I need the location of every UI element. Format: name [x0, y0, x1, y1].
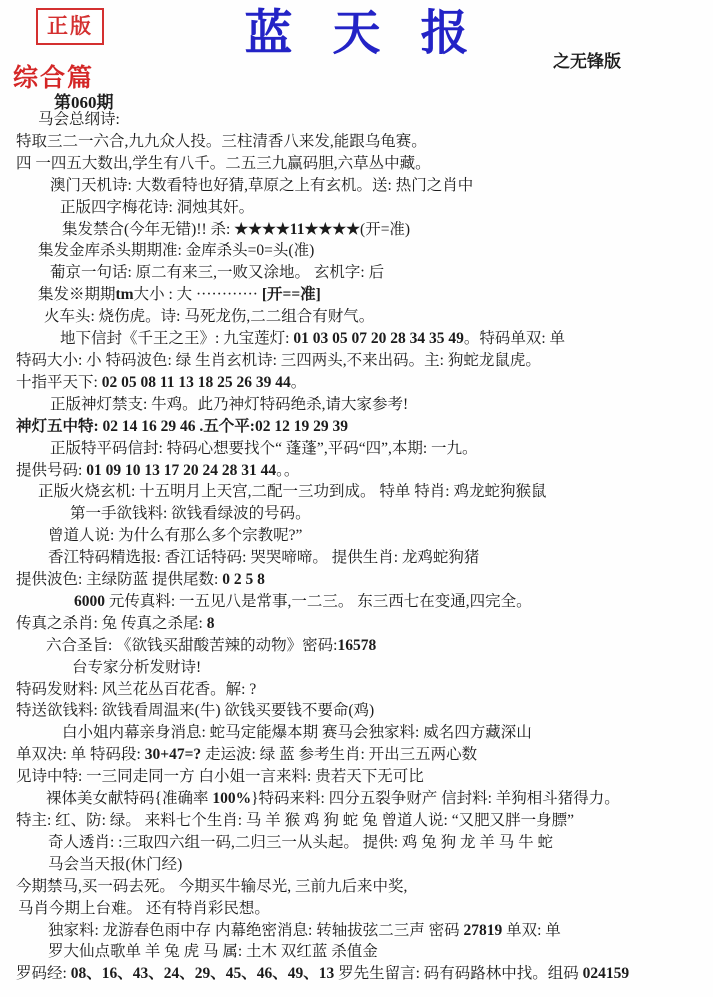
doc-text-segment: 罗大仙点歌单 羊 兔 虎 马 属: 土木 双红蓝 杀值金 — [48, 943, 378, 960]
doc-text-segment: 正版四字梅花诗: 洞烛其奸。 — [60, 199, 254, 216]
doc-text-segment: 元传真料: 一五见八是常事,一二三。 东三西七在变通,四完全。 — [105, 593, 532, 610]
doc-line-24: 传真之杀肖: 兔 传真之杀尾: 8 — [0, 613, 713, 635]
doc-text-segment: 01 09 10 13 17 20 24 28 31 44 — [86, 462, 276, 479]
doc-line-16: 正版特平码信封: 特码心想要找个“ 蓬蓬”,平码“四”,本期: 一九。 — [0, 438, 713, 460]
doc-line-20: 曾道人说: 为什么有那么多个宗教呢?” — [0, 525, 713, 547]
doc-line-38: 独家料: 龙游春色雨中存 内幕绝密消息: 转轴拔弦二三声 密码 27819 单双… — [0, 920, 713, 942]
doc-text-segment: tm — [116, 286, 134, 303]
doc-line-18: 正版火烧玄机: 十五明月上天宫,二配一三功到成。 特单 特肖: 鸡龙蛇狗猴鼠 — [0, 481, 713, 503]
doc-text-segment: 神灯五中特: 02 14 16 29 46 .五个平:02 12 19 29 3… — [16, 418, 348, 435]
doc-line-36: 今期禁马,买一码去死。 今期买牛输尽光, 三前九后来中奖, — [0, 876, 713, 898]
doc-text-segment: 特送欲钱料: 欲钱看周温来(牛) 欲钱买要钱不要命(鸡) — [16, 702, 374, 719]
doc-text-segment: 葡京一句话: 原二有来三,一败又涂地。 玄机字: 后 — [50, 264, 384, 281]
doc-text-segment: 024159 — [583, 965, 630, 982]
doc-text-segment: 地下信封《千王之王》: 九宝莲灯: — [60, 330, 293, 347]
doc-line-1: 马会总纲诗: — [0, 109, 713, 131]
doc-text-segment: 曾道人说: 为什么有那么多个宗教呢?” — [48, 527, 302, 544]
doc-text-segment: 罗先生留言: 码有码路林中找。组码 — [334, 965, 582, 982]
doc-text-segment: 集发※期期 — [38, 286, 116, 303]
doc-text-segment: 8 — [207, 615, 215, 632]
doc-line-35: 马会当天报(休门经) — [0, 854, 713, 876]
doc-line-23: 6000 元传真料: 一五见八是常事,一二三。 东三西七在变通,四完全。 — [0, 591, 713, 613]
doc-line-11: 地下信封《千王之王》: 九宝莲灯: 01 03 05 07 20 28 34 3… — [0, 328, 713, 350]
doc-line-7: 集发金库杀头期期准: 金库杀头=0=头(准) — [0, 240, 713, 262]
doc-line-29: 白小姐内幕亲身消息: 蛇马定能爆本期 赛马会独家料: 威名四方藏深山 — [0, 722, 713, 744]
doc-text-segment: 单双: 单 — [502, 922, 561, 939]
doc-text-segment: 正版火烧玄机: 十五明月上天宫,二配一三功到成。 特单 特肖: 鸡龙蛇狗猴鼠 — [38, 483, 547, 500]
doc-line-17: 提供号码: 01 09 10 13 17 20 24 28 31 44。。 — [0, 460, 713, 482]
doc-line-39: 罗大仙点歌单 羊 兔 虎 马 属: 土木 双红蓝 杀值金 — [0, 941, 713, 963]
doc-text-segment: 大小 : 大 ············ — [134, 286, 262, 303]
doc-line-31: 见诗中特: 一三同走同一方 白小姐一言来料: 贵若天下无可比 — [0, 766, 713, 788]
doc-text-segment: 今期禁马,买一码去死。 今期买牛输尽光, 三前九后来中奖, — [16, 878, 407, 895]
doc-text-segment: 30+47=? — [145, 746, 201, 763]
doc-line-27: 特码发财料: 风兰花丛百花香。解: ? — [0, 679, 713, 701]
doc-text-segment: }特码来料: 四分五裂争财产 信封料: 羊狗相斗猪得力。 — [251, 790, 620, 807]
doc-line-8: 葡京一句话: 原二有来三,一败又涂地。 玄机字: 后 — [0, 262, 713, 284]
doc-line-13: 十指平天下: 02 05 08 11 13 18 25 26 39 44。 — [0, 372, 713, 394]
doc-line-4: 澳门天机诗: 大数看特也好猜,草原之上有玄机。送: 热门之肖中 — [0, 175, 713, 197]
doc-text-segment: 六合圣旨: 《欲钱买甜酸苦辣的动物》密码: — [46, 637, 338, 654]
doc-text-segment: 特主: 红、防: 绿。 来料七个生肖: 马 羊 猴 鸡 狗 蛇 兔 曾道人说: … — [16, 812, 574, 829]
doc-line-6: 集发禁合(今年无错)!! 杀: ★★★★11★★★★(开=准) — [0, 219, 713, 241]
doc-text-segment: 6000 — [74, 593, 105, 610]
doc-line-22: 提供波色: 主绿防蓝 提供尾数: 0 2 5 8 — [0, 569, 713, 591]
doc-text-segment: 特码发财料: 风兰花丛百花香。解: ? — [16, 681, 256, 698]
doc-text-segment: 香江特码精选报: 香江话特码: 哭哭啼啼。 提供生肖: 龙鸡蛇狗猪 — [48, 549, 479, 566]
doc-text-segment: 马肖今期上台难。 还有特肖彩民想。 — [18, 900, 270, 917]
doc-text-segment: 0 2 5 8 — [222, 571, 265, 588]
doc-line-12: 特码大小: 小 特码波色: 绿 生肖玄机诗: 三四两头,不来出码。主: 狗蛇龙鼠… — [0, 350, 713, 372]
doc-line-2: 特取三二一六合,九九众人投。三柱清香八来发,能跟乌龟赛。 — [0, 131, 713, 153]
doc-text-segment: 白小姐内幕亲身消息: 蛇马定能爆本期 赛马会独家料: 威名四方藏深山 — [62, 724, 532, 741]
doc-line-34: 奇人透肖: :三取四六组一码,二归三一从头起。 提供: 鸡 兔 狗 龙 羊 马 … — [0, 832, 713, 854]
doc-line-26: 台专家分析发财诗! — [0, 657, 713, 679]
doc-text-segment: 提供号码: — [16, 462, 86, 479]
doc-line-21: 香江特码精选报: 香江话特码: 哭哭啼啼。 提供生肖: 龙鸡蛇狗猪 — [0, 547, 713, 569]
doc-line-28: 特送欲钱料: 欲钱看周温来(牛) 欲钱买要钱不要命(鸡) — [0, 700, 713, 722]
doc-text-segment: [开==准] — [262, 286, 321, 303]
doc-line-30: 单双决: 单 特码段: 30+47=? 走运波: 绿 蓝 参考生肖: 开出三五两… — [0, 744, 713, 766]
doc-text-segment: 单双决: 单 特码段: — [16, 746, 145, 763]
doc-text-segment: 裸体美女献特码{准确率 — [46, 790, 212, 807]
doc-line-40: 罗码经: 08、16、43、24、29、45、46、49、13 罗先生留言: 码… — [0, 963, 713, 985]
doc-text-segment: 奇人透肖: :三取四六组一码,二归三一从头起。 提供: 鸡 兔 狗 龙 羊 马 … — [48, 834, 553, 851]
doc-text-segment: 第一手欲钱料: 欲钱看绿波的号码。 — [70, 505, 311, 522]
doc-line-32: 裸体美女献特码{准确率 100%}特码来料: 四分五裂争财产 信封料: 羊狗相斗… — [0, 788, 713, 810]
doc-line-14: 正版神灯禁支: 牛鸡。此乃神灯特码绝杀,请大家参考! — [0, 394, 713, 416]
edition-subtitle: 之无锋版 — [553, 47, 621, 72]
doc-text-segment: 见诗中特: 一三同走同一方 白小姐一言来料: 贵若天下无可比 — [16, 768, 424, 785]
doc-text-segment: 。 — [291, 374, 307, 391]
doc-line-10: 火车头: 烧伤虎。诗: 马死龙伤,二二组合有财气。 — [0, 306, 713, 328]
doc-text-segment: 。特码单双: 单 — [464, 330, 565, 347]
doc-line-3: 四 一四五大数出,学生有八千。二五三九赢码胆,六草丛中藏。 — [0, 153, 713, 175]
doc-text-segment: 罗码经: — [16, 965, 71, 982]
doc-text-segment: 走运波: 绿 蓝 参考生肖: 开出三五两心数 — [201, 746, 477, 763]
doc-line-5: 正版四字梅花诗: 洞烛其奸。 — [0, 197, 713, 219]
doc-text-segment: 01 03 05 07 20 28 34 35 49 — [293, 330, 464, 347]
doc-text-segment: 特码大小: 小 特码波色: 绿 生肖玄机诗: 三四两头,不来出码。主: 狗蛇龙鼠… — [16, 352, 541, 369]
doc-text-segment: ★★★★11★★★★ — [234, 221, 360, 238]
doc-line-37: 马肖今期上台难。 还有特肖彩民想。 — [0, 898, 713, 920]
doc-text-segment: 澳门天机诗: 大数看特也好猜,草原之上有玄机。送: 热门之肖中 — [50, 177, 473, 194]
doc-line-15: 神灯五中特: 02 14 16 29 46 .五个平:02 12 19 29 3… — [0, 416, 713, 438]
doc-text-segment: 正版神灯禁支: 牛鸡。此乃神灯特码绝杀,请大家参考! — [50, 396, 408, 413]
doc-text-segment: 100% — [212, 790, 251, 807]
doc-text-segment: 火车头: 烧伤虎。诗: 马死龙伤,二二组合有财气。 — [44, 308, 374, 325]
doc-text-segment: 四 一四五大数出,学生有八千。二五三九赢码胆,六草丛中藏。 — [16, 155, 431, 172]
doc-line-9: 集发※期期tm大小 : 大 ············ [开==准] — [0, 284, 713, 306]
doc-text-segment: 独家料: 龙游春色雨中存 内幕绝密消息: 转轴拔弦二三声 密码 — [48, 922, 464, 939]
doc-text-segment: 特取三二一六合,九九众人投。三柱清香八来发,能跟乌龟赛。 — [16, 133, 427, 150]
report-body: 马会总纲诗:特取三二一六合,九九众人投。三柱清香八来发,能跟乌龟赛。四 一四五大… — [0, 109, 713, 985]
doc-line-25: 六合圣旨: 《欲钱买甜酸苦辣的动物》密码:16578 — [0, 635, 713, 657]
doc-text-segment: 02 05 08 11 13 18 25 26 39 44 — [102, 374, 291, 391]
doc-text-segment: 。。 — [276, 462, 299, 479]
doc-text-segment: 提供波色: 主绿防蓝 提供尾数: — [16, 571, 222, 588]
doc-line-19: 第一手欲钱料: 欲钱看绿波的号码。 — [0, 503, 713, 525]
doc-text-segment: 传真之杀肖: 兔 传真之杀尾: — [16, 615, 207, 632]
blue-sky-report-page: 正版 蓝 天 报 之无锋版 综合篇 第060期 马会总纲诗:特取三二一六合,九九… — [0, 0, 713, 997]
doc-text-segment: 08、16、43、24、29、45、46、49、13 — [71, 965, 335, 982]
doc-text-segment: (开=准) — [360, 221, 410, 238]
doc-text-segment: 集发金库杀头期期准: 金库杀头=0=头(准) — [38, 242, 314, 259]
doc-text-segment: 马会总纲诗: — [38, 111, 120, 128]
doc-text-segment: 16578 — [338, 637, 377, 654]
doc-text-segment: 集发禁合(今年无错)!! 杀: — [62, 221, 234, 238]
doc-line-33: 特主: 红、防: 绿。 来料七个生肖: 马 羊 猴 鸡 狗 蛇 兔 曾道人说: … — [0, 810, 713, 832]
doc-text-segment: 台专家分析发财诗! — [72, 659, 201, 676]
doc-text-segment: 正版特平码信封: 特码心想要找个“ 蓬蓬”,平码“四”,本期: 一九。 — [50, 440, 478, 457]
doc-text-segment: 十指平天下: — [16, 374, 102, 391]
doc-text-segment: 马会当天报(休门经) — [48, 856, 182, 873]
doc-text-segment: 27819 — [464, 922, 503, 939]
